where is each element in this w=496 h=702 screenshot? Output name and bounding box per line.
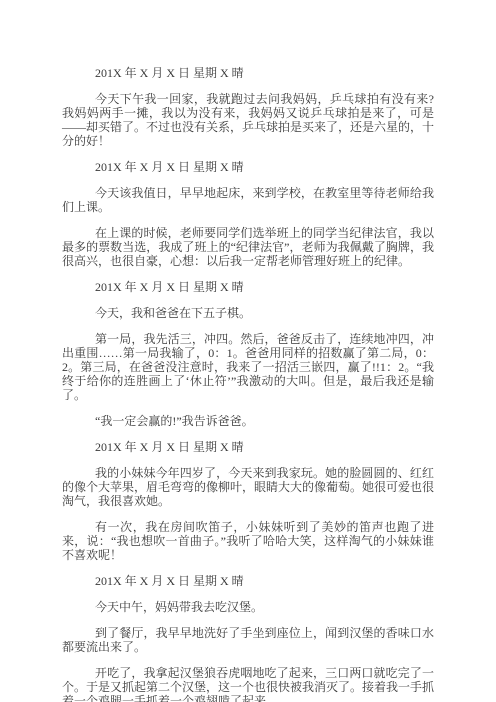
diary-paragraph: 在上课的时候，老师要同学们选举班上的同学当纪律法官，我以最多的票数当选，我成了班…: [62, 226, 434, 268]
diary-paragraph: 到了餐厅，我早早地洗好了手坐到座位上，闻到汉堡的香味口水都要流出来了。: [62, 626, 434, 654]
date-heading: 201X 年 X 月 X 日 星期 X 晴: [62, 160, 434, 174]
diary-paragraph: 有一次，我在房间吹笛子，小妹妹听到了美妙的笛声也跑了进来，说：“我也想吹一首曲子…: [62, 520, 434, 562]
date-heading: 201X 年 X 月 X 日 星期 X 晴: [62, 574, 434, 588]
date-heading: 201X 年 X 月 X 日 星期 X 晴: [62, 440, 434, 454]
diary-paragraph: 我的小妹妹今年四岁了，今天来到我家玩。她的脸圆圆的、红红的像个大苹果，眉毛弯弯的…: [62, 466, 434, 508]
date-heading: 201X 年 X 月 X 日 星期 X 晴: [62, 280, 434, 294]
diary-entry-3: 201X 年 X 月 X 日 星期 X 晴 今天，我和爸爸在下五子棋。 第一局，…: [62, 280, 434, 428]
diary-paragraph: 今天下午我一回家，我就跑过去问我妈妈，乒乓球拍有没有来?我妈妈两手一摊，我以为没…: [62, 92, 434, 148]
diary-paragraph: 今天中午，妈妈带我去吃汉堡。: [62, 600, 434, 614]
document-page: 201X 年 X 月 X 日 星期 X 晴 今天下午我一回家，我就跑过去问我妈妈…: [0, 0, 496, 702]
diary-entry-1: 201X 年 X 月 X 日 星期 X 晴 今天下午我一回家，我就跑过去问我妈妈…: [62, 66, 434, 148]
diary-paragraph: 今天，我和爸爸在下五子棋。: [62, 306, 434, 320]
date-heading: 201X 年 X 月 X 日 星期 X 晴: [62, 66, 434, 80]
diary-paragraph: “我一定会赢的!”我告诉爸爸。: [62, 414, 434, 428]
diary-paragraph: 今天该我值日，早早地起床，来到学校，在教室里等待老师给我们上课。: [62, 186, 434, 214]
diary-paragraph: 第一局，我先活三，冲四。然后，爸爸反击了，连续地冲四，冲出重围……第一局我输了，…: [62, 332, 434, 402]
diary-entry-5: 201X 年 X 月 X 日 星期 X 晴 今天中午，妈妈带我去吃汉堡。 到了餐…: [62, 574, 434, 702]
diary-entry-4: 201X 年 X 月 X 日 星期 X 晴 我的小妹妹今年四岁了，今天来到我家玩…: [62, 440, 434, 562]
diary-paragraph: 开吃了，我拿起汉堡狼吞虎咽地吃了起来，三口两口就吃完了一个。于是又抓起第二个汉堡…: [62, 666, 434, 702]
diary-entry-2: 201X 年 X 月 X 日 星期 X 晴 今天该我值日，早早地起床，来到学校，…: [62, 160, 434, 268]
